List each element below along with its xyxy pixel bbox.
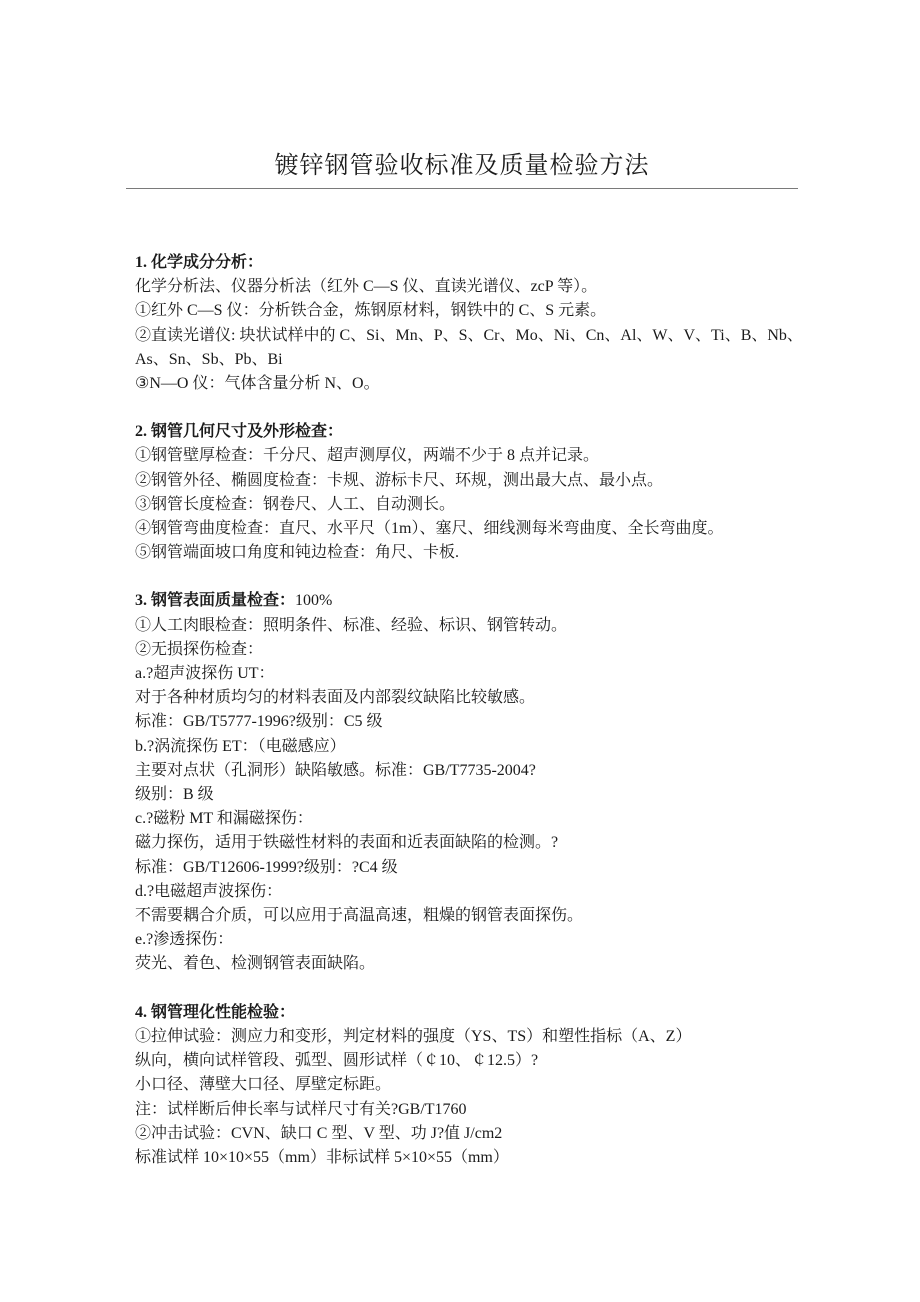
- doc-line: e.?渗透探伤：: [135, 928, 798, 952]
- title-block: 镀锌钢管验收标准及质量检验方法: [126, 0, 798, 189]
- document-body: 1. 化学成分分析： 化学分析法、仪器分析法（红外 C—S 仪、直读光谱仪、zc…: [126, 251, 798, 1170]
- doc-line: 对于各种材质均匀的材料表面及内部裂纹缺陷比较敏感。: [135, 686, 798, 710]
- doc-line: ①红外 C—S 仪：分析铁合金，炼钢原材料，钢铁中的 C、S 元素。: [135, 299, 798, 323]
- section-heading-text: 4. 钢管理化性能检验：: [135, 1004, 295, 1021]
- doc-line: c.?磁粉 MT 和漏磁探伤：: [135, 807, 798, 831]
- section-heading-text: 2. 钢管几何尺寸及外形检查：: [135, 423, 343, 440]
- section-heading-text: 3. 钢管表面质量检查：: [135, 592, 295, 609]
- doc-line: ①人工肉眼检查：照明条件、标准、经验、标识、钢管转动。: [135, 614, 798, 638]
- doc-line: ②无损探伤检查：: [135, 638, 798, 662]
- section-physical-chemical-test: 4. 钢管理化性能检验： ①拉伸试验：测应力和变形，判定材料的强度（YS、TS）…: [126, 1001, 798, 1170]
- doc-line: 标准：GB/T5777-1996?级别：C5 级: [135, 710, 798, 734]
- section-heading: 2. 钢管几何尺寸及外形检查：: [135, 420, 798, 444]
- doc-line: 纵向，横向试样管段、弧型、圆形试样（￠10、￠12.5）?: [135, 1049, 798, 1073]
- doc-line: ③钢管长度检查：钢卷尺、人工、自动测长。: [135, 493, 798, 517]
- section-heading: 3. 钢管表面质量检查：100%: [135, 589, 798, 613]
- doc-line: ②冲击试验：CVN、缺口 C 型、V 型、功 J?值 J/cm2: [135, 1122, 798, 1146]
- doc-line: 小口径、薄壁大口径、厚壁定标距。: [135, 1073, 798, 1097]
- section-heading: 4. 钢管理化性能检验：: [135, 1001, 798, 1025]
- doc-line: ①拉伸试验：测应力和变形，判定材料的强度（YS、TS）和塑性指标（A、Z）: [135, 1025, 798, 1049]
- doc-line: 化学分析法、仪器分析法（红外 C—S 仪、直读光谱仪、zcP 等）。: [135, 275, 798, 299]
- doc-line: ③N—O 仪：气体含量分析 N、O。: [135, 372, 798, 396]
- doc-line: d.?电磁超声波探伤：: [135, 880, 798, 904]
- document-page: 镀锌钢管验收标准及质量检验方法 1. 化学成分分析： 化学分析法、仪器分析法（红…: [0, 0, 920, 1302]
- doc-line: 不需要耦合介质，可以应用于高温高速，粗燥的钢管表面探伤。: [135, 904, 798, 928]
- doc-line: ④钢管弯曲度检查：直尺、水平尺（1m）、塞尺、细线测每米弯曲度、全长弯曲度。: [135, 517, 798, 541]
- section-heading: 1. 化学成分分析：: [135, 251, 798, 275]
- section-surface-quality: 3. 钢管表面质量检查：100% ①人工肉眼检查：照明条件、标准、经验、标识、钢…: [126, 589, 798, 976]
- section-chemical-analysis: 1. 化学成分分析： 化学分析法、仪器分析法（红外 C—S 仪、直读光谱仪、zc…: [126, 251, 798, 396]
- doc-line: 荧光、着色、检测钢管表面缺陷。: [135, 952, 798, 976]
- doc-line: b.?涡流探伤 ET：（电磁感应）: [135, 735, 798, 759]
- section-heading-suffix: 100%: [295, 592, 332, 609]
- document-content: 镀锌钢管验收标准及质量检验方法 1. 化学成分分析： 化学分析法、仪器分析法（红…: [126, 0, 798, 1170]
- doc-line: 标准：GB/T12606-1999?级别：?C4 级: [135, 856, 798, 880]
- doc-line: ⑤钢管端面坡口角度和钝边检查：角尺、卡板.: [135, 541, 798, 565]
- doc-line: ②钢管外径、椭圆度检查：卡规、游标卡尺、环规，测出最大点、最小点。: [135, 469, 798, 493]
- doc-line: 标准试样 10×10×55（mm）非标试样 5×10×55（mm）: [135, 1146, 798, 1170]
- doc-line: 主要对点状（孔洞形）缺陷敏感。标准：GB/T7735-2004?: [135, 759, 798, 783]
- doc-line: 级别：B 级: [135, 783, 798, 807]
- doc-line: a.?超声波探伤 UT：: [135, 662, 798, 686]
- document-title: 镀锌钢管验收标准及质量检验方法: [126, 150, 798, 182]
- section-dimensions-inspection: 2. 钢管几何尺寸及外形检查： ①钢管壁厚检查：千分尺、超声测厚仪，两端不少于 …: [126, 420, 798, 565]
- doc-line: 注：试样断后伸长率与试样尺寸有关?GB/T1760: [135, 1098, 798, 1122]
- doc-line: ②直读光谱仪: 块状试样中的 C、Si、Mn、P、S、Cr、Mo、Ni、Cn、A…: [135, 324, 798, 348]
- doc-line: As、Sn、Sb、Pb、Bi: [135, 348, 798, 372]
- doc-line: 磁力探伤，适用于铁磁性材料的表面和近表面缺陷的检测。?: [135, 831, 798, 855]
- section-heading-text: 1. 化学成分分析：: [135, 254, 263, 271]
- doc-line: ①钢管壁厚检查：千分尺、超声测厚仪，两端不少于 8 点并记录。: [135, 444, 798, 468]
